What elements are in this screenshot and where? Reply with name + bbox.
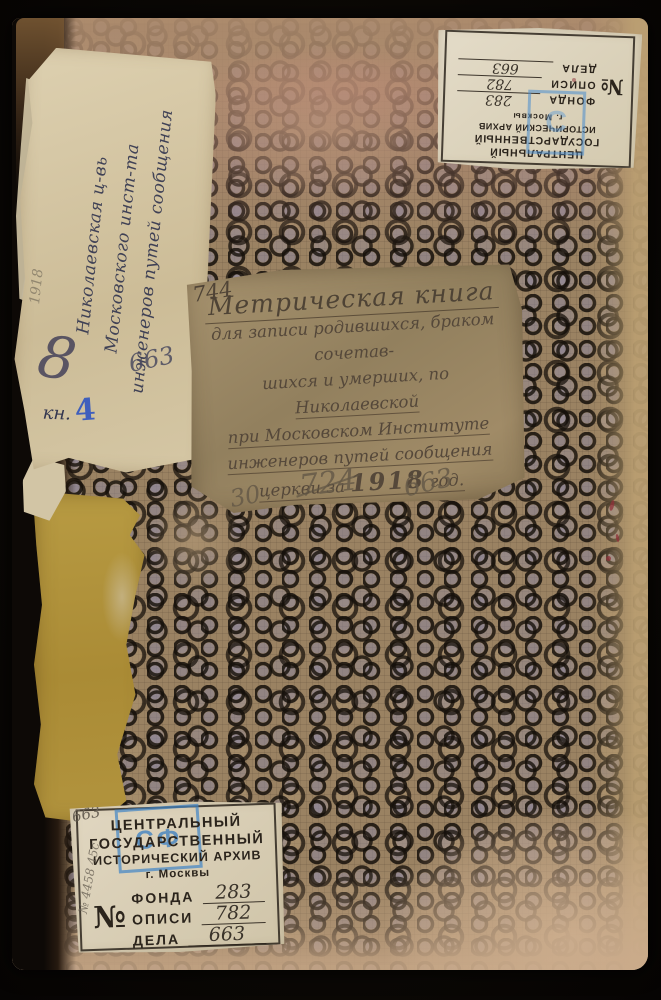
pencil-number: 663: [401, 463, 456, 504]
delo-value: 663: [188, 924, 267, 947]
archive-label-top: ЦЕНТРАЛЬНЫЙ ГОСУДАРСТВЕННЫЙ ИСТОРИЧЕСКИЙ…: [434, 24, 643, 173]
archive-stamp: ЦЕНТРАЛЬНЫЙ ГОСУДАРСТВЕННЫЙ ИСТОРИЧЕСКИЙ…: [76, 803, 281, 952]
pencil-number-crossed: 724: [297, 462, 358, 504]
photo-backdrop: Николаевская ц-вь Московского инст-та ин…: [0, 0, 661, 1000]
title-label: 744 Метрическая книга для записи родивши…: [180, 257, 533, 516]
red-speck: [572, 78, 576, 82]
book-note-label: кн.: [42, 403, 71, 425]
vertical-handwriting: Николаевская ц-вь Московского инст-та ин…: [58, 59, 186, 438]
opis-value: 782: [201, 903, 266, 925]
number-sign: №: [93, 900, 127, 936]
handwritten-side-label: Николаевская ц-вь Московского инст-та ин…: [11, 47, 218, 475]
delo-row: ДЕЛА663: [132, 924, 266, 949]
number-sign: №: [600, 74, 624, 100]
fond-value: 283: [202, 882, 265, 904]
archive-name: ЦЕНТРАЛЬНЫЙ ГОСУДАРСТВЕННЫЙ ИСТОРИЧЕСКИЙ…: [78, 813, 276, 884]
fond-table: № ФОНДА283 ОПИСИ782 ДЕЛА663: [80, 880, 278, 951]
pencil-number: 30: [228, 480, 263, 513]
archive-label-bottom: 663 № 4458 45с СФ ЦЕНТРАЛЬНЫЙ ГОСУДАРСТВ…: [69, 798, 286, 955]
blue-square-stamp: С: [526, 90, 586, 156]
book-number-note: кн.4: [42, 392, 96, 429]
book-number-value: 4: [74, 392, 97, 428]
book-cover: Николаевская ц-вь Московского инст-та ин…: [12, 18, 648, 970]
year-note: 1918: [27, 234, 50, 305]
red-speck: [606, 556, 611, 561]
